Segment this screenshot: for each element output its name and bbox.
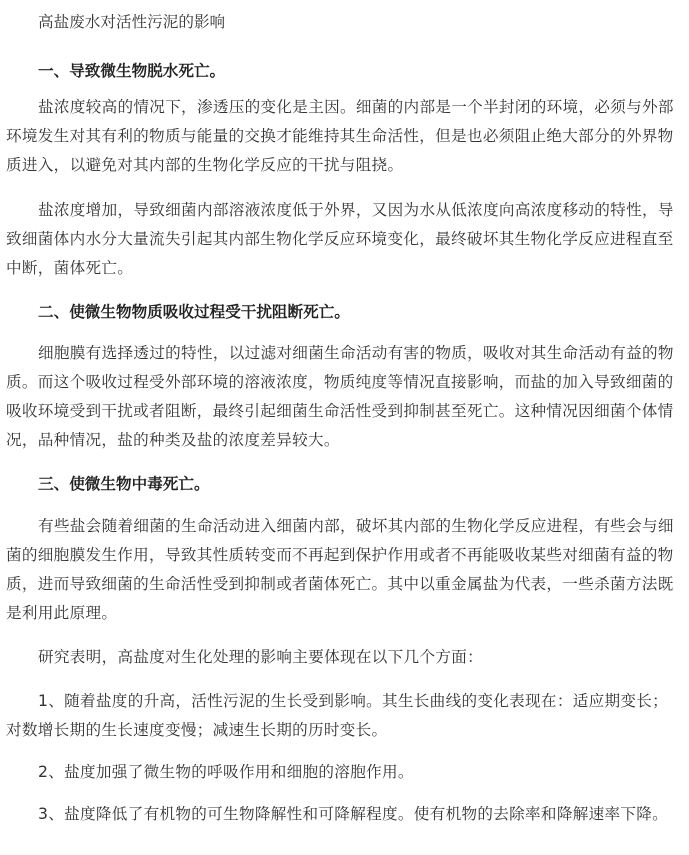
paragraph-1-2: 盐浓度增加，导致细菌内部溶液浓度低于外界，又因为水从低浓度向高浓度移动的特性，导…	[6, 196, 678, 283]
paragraph-3-1: 有些盐会随着细菌的生命活动进入细菌内部，破坏其内部的生物化学反应进程，有些会与细…	[6, 512, 678, 628]
article: 高盐废水对活性污泥的影响 一、导致微生物脱水死亡。 盐浓度较高的情况下，渗透压的…	[0, 0, 689, 855]
article-title: 高盐废水对活性污泥的影响	[38, 8, 225, 37]
finding-2: 2、盐度加强了微生物的呼吸作用和细胞的溶胞作用。	[6, 758, 678, 787]
finding-1: 1、随着盐度的升高，活性污泥的生长受到影响。其生长曲线的变化表现在：适应期变长；…	[6, 687, 678, 745]
section-heading-1: 一、导致微生物脱水死亡。	[38, 57, 225, 86]
paragraph-2-1: 细胞膜有选择透过的特性，以过滤对细菌生命活动有害的物质，吸收对其生命活动有益的物…	[6, 339, 678, 455]
finding-3: 3、盐度降低了有机物的可生物降解性和可降解程度。使有机物的去除率和降解速率下降。	[6, 800, 678, 829]
section-heading-2: 二、使微生物物质吸收过程受干扰阻断死亡。	[38, 298, 350, 327]
section-heading-3: 三、使微生物中毒死亡。	[38, 470, 210, 499]
research-intro: 研究表明，高盐度对生化处理的影响主要体现在以下几个方面：	[6, 643, 678, 672]
paragraph-1-1: 盐浓度较高的情况下，渗透压的变化是主因。细菌的内部是一个半封闭的环境，必须与外部…	[6, 93, 678, 180]
